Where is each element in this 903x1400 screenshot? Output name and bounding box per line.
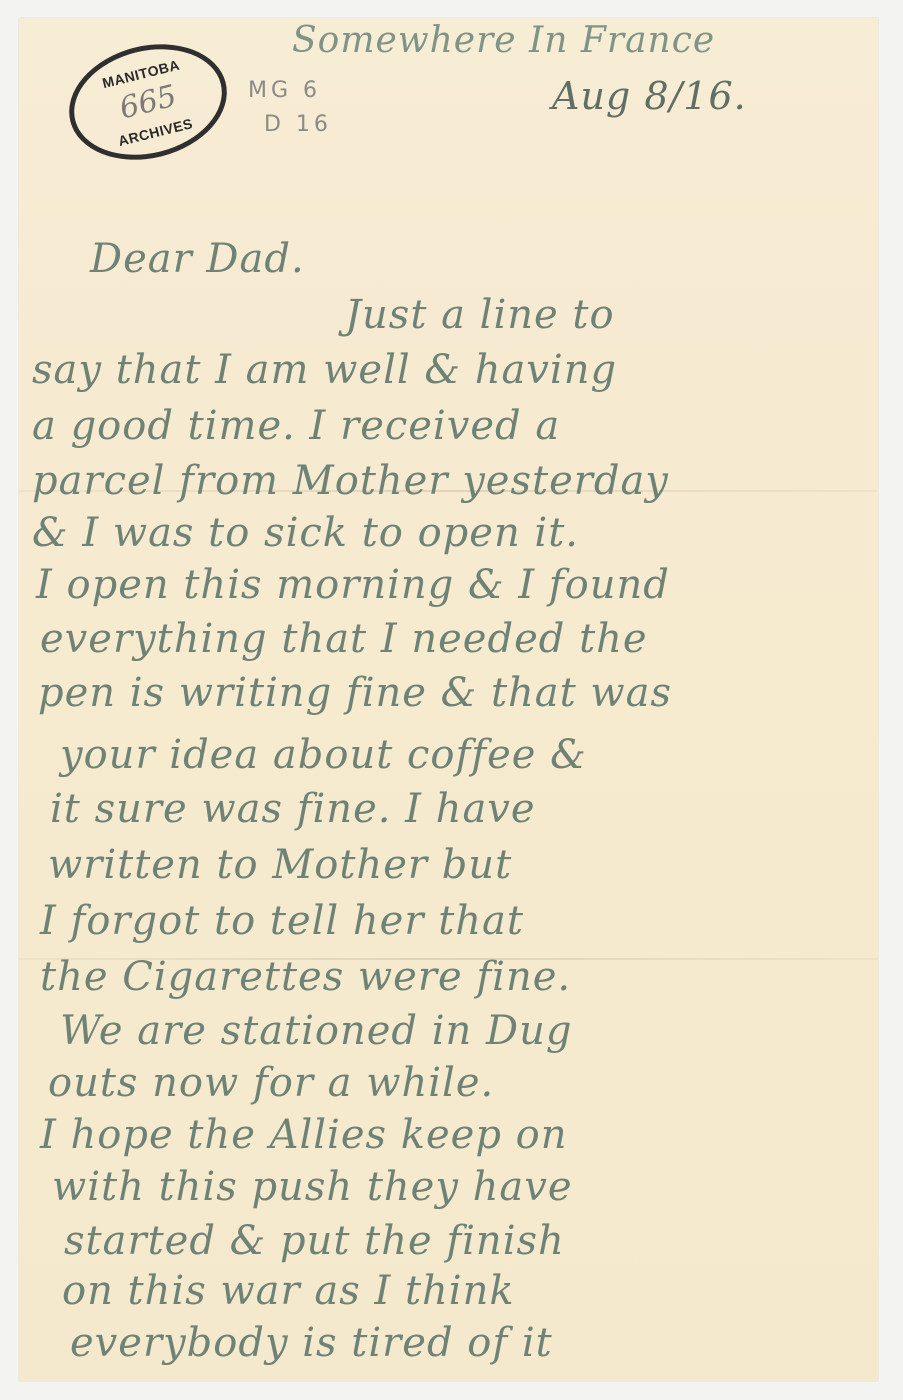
- letter-line: Just a line to: [345, 292, 615, 338]
- letter-line: I open this morning & I found: [36, 562, 670, 608]
- letter-line: the Cigarettes were fine.: [40, 954, 571, 1000]
- letter-line: parcel from Mother yesterday: [32, 458, 669, 504]
- letter-line: say that I am well & having: [32, 347, 617, 393]
- letter-location: Somewhere In France: [292, 20, 715, 61]
- letter-line: pen is writing fine & that was: [38, 670, 672, 716]
- letter-line: written to Mother but: [48, 842, 512, 888]
- letter-line: with this push they have: [52, 1164, 573, 1210]
- letter-line: We are stationed in Dug: [60, 1008, 572, 1054]
- letter-line: I hope the Allies keep on: [40, 1112, 568, 1158]
- letter-line: started & put the finish: [64, 1218, 565, 1264]
- letter-salutation: Dear Dad.: [90, 236, 305, 282]
- letter-date: Aug 8/16.: [552, 74, 747, 118]
- letter-line: it sure was fine. I have: [50, 786, 536, 832]
- letter-line: everybody is tired of it: [70, 1320, 553, 1366]
- letter-line: & I was to sick to open it.: [32, 510, 579, 556]
- archive-ref-line2: D 16: [264, 112, 332, 137]
- letter-line: your idea about coffee &: [60, 732, 587, 778]
- archive-ref-line1: MG 6: [248, 78, 321, 103]
- letter-line: on this war as I think: [62, 1268, 515, 1314]
- letter-line: everything that I needed the: [40, 616, 648, 662]
- letter-line: outs now for a while.: [48, 1060, 494, 1106]
- letter-line: I forgot to tell her that: [40, 898, 524, 944]
- letter-line: a good time. I received a: [32, 403, 560, 449]
